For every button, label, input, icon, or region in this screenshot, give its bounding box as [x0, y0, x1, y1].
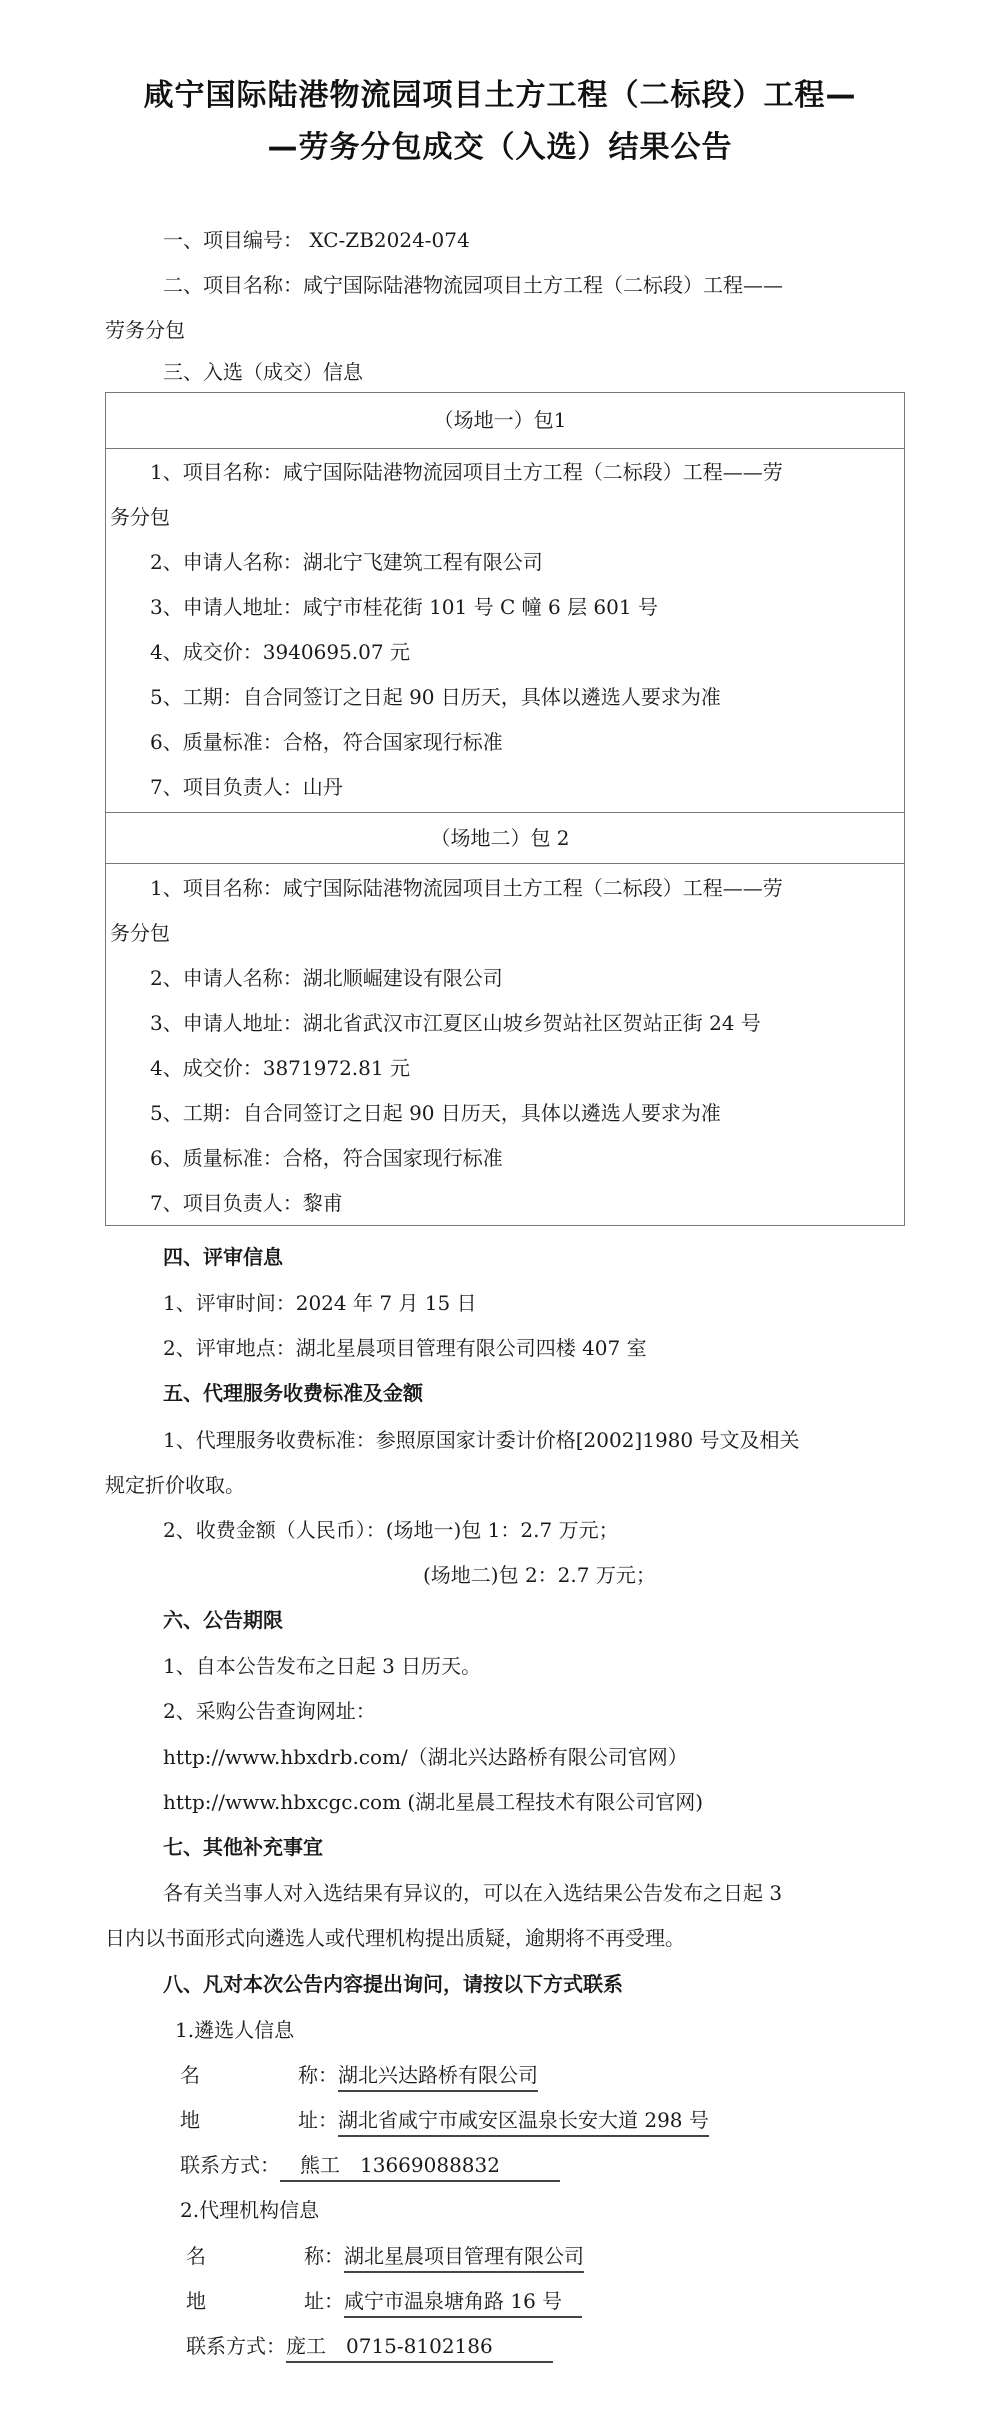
review-time: 1、评审时间：2024 年 7 月 15 日 — [163, 1289, 477, 1317]
package-1-item: 7、项目负责人：山丹 — [150, 773, 343, 801]
selector-address-row: 地址：湖北省咸宁市咸安区温泉长安大道 298 号 — [180, 2106, 709, 2137]
document-title-line-2: —劳务分包成交（入选）结果公告 — [0, 122, 1000, 166]
package-1-item: 6、质量标准：合格，符合国家现行标准 — [150, 728, 503, 756]
notice-period-heading: 六、公告期限 — [163, 1606, 283, 1634]
url-link[interactable]: http://www.hbxcgc.com — [163, 1790, 407, 1814]
notice-period: 1、自本公告发布之日起 3 日历天。 — [163, 1652, 481, 1680]
address-key: 地 — [180, 2106, 298, 2134]
url-note: (湖北星晨工程技术有限公司官网) — [407, 1790, 703, 1814]
document-title-line-1: 咸宁国际陆港物流园项目土方工程（二标段）工程— — [0, 70, 1000, 114]
package-2-item: 7、项目负责人：黎甫 — [150, 1189, 343, 1217]
name-key: 名 — [180, 2061, 298, 2089]
package-1-item: 1、项目名称：咸宁国际陆港物流园项目土方工程（二标段）工程——劳 — [150, 458, 783, 486]
fee-amount-package-2: (场地二)包 2：2.7 万元； — [423, 1561, 656, 1589]
project-name: 二、项目名称：咸宁国际陆港物流园项目土方工程（二标段）工程—— — [163, 271, 783, 299]
project-number-label: 一、项目编号： — [163, 228, 303, 252]
selector-contact: 熊工 13669088832 — [280, 2151, 560, 2182]
package-2-title: （场地二）包 2 — [0, 824, 1000, 852]
table-divider — [105, 863, 905, 864]
package-2-item-wrap: 务分包 — [110, 919, 170, 947]
package-2-item: 4、成交价：3871972.81 元 — [150, 1054, 410, 1082]
package-2-item: 6、质量标准：合格，符合国家现行标准 — [150, 1144, 503, 1172]
package-2-item: 2、申请人名称：湖北顺崛建设有限公司 — [150, 964, 503, 992]
selector-name-row: 名称：湖北兴达路桥有限公司 — [180, 2061, 538, 2092]
project-name-value: 咸宁国际陆港物流园项目土方工程（二标段）工程—— — [303, 273, 783, 297]
selector-contact-row: 联系方式： 熊工 13669088832 — [180, 2151, 560, 2182]
selection-info-heading: 三、入选（成交）信息 — [163, 358, 363, 386]
query-url-1: http://www.hbxdrb.com/（湖北兴达路桥有限公司官网） — [163, 1743, 688, 1771]
selector-address: 湖北省咸宁市咸安区温泉长安大道 298 号 — [338, 2106, 709, 2137]
table-divider — [105, 812, 905, 813]
project-name-wrap: 劳务分包 — [105, 316, 185, 344]
agency-name: 湖北星晨项目管理有限公司 — [344, 2242, 584, 2273]
package-1-item: 2、申请人名称：湖北宁飞建筑工程有限公司 — [150, 548, 543, 576]
agency-address: 咸宁市温泉塘角路 16 号 — [344, 2287, 582, 2318]
package-1-item: 4、成交价：3940695.07 元 — [150, 638, 410, 666]
selector-info-heading: 1.遴选人信息 — [175, 2016, 294, 2044]
project-number-value: XC-ZB2024-074 — [303, 228, 470, 252]
address-key-suffix: 址： — [304, 2287, 344, 2315]
contact-key: 联系方式： — [180, 2151, 280, 2179]
contact-heading: 八、凡对本次公告内容提出询问，请按以下方式联系 — [163, 1970, 623, 1998]
agency-name-row: 名称：湖北星晨项目管理有限公司 — [186, 2242, 584, 2273]
agency-contact: 庞工 0715-8102186 — [286, 2332, 553, 2363]
package-1-title: （场地一）包1 — [0, 406, 1000, 434]
name-key-suffix: 称： — [298, 2061, 338, 2089]
name-key: 名 — [186, 2242, 304, 2270]
review-place: 2、评审地点：湖北星晨项目管理有限公司四楼 407 室 — [163, 1334, 647, 1362]
project-number: 一、项目编号： XC-ZB2024-074 — [163, 226, 470, 254]
agency-info-heading: 2.代理机构信息 — [180, 2196, 319, 2224]
package-2-item: 3、申请人地址：湖北省武汉市江夏区山坡乡贺站社区贺站正街 24 号 — [150, 1009, 761, 1037]
package-1-item: 3、申请人地址：咸宁市桂花街 101 号 C 幢 6 层 601 号 — [150, 593, 658, 621]
review-info-heading: 四、评审信息 — [163, 1243, 283, 1271]
project-name-label: 二、项目名称： — [163, 273, 303, 297]
package-2-item: 1、项目名称：咸宁国际陆港物流园项目土方工程（二标段）工程——劳 — [150, 874, 783, 902]
other-matters-text-wrap: 日内以书面形式向遴选人或代理机构提出质疑，逾期将不再受理。 — [105, 1924, 685, 1952]
address-key-suffix: 址： — [298, 2106, 338, 2134]
fee-standard: 1、代理服务收费标准：参照原国家计委计价格[2002]1980 号文及相关 — [163, 1426, 799, 1454]
agency-contact-row: 联系方式：庞工 0715-8102186 — [186, 2332, 553, 2363]
other-matters-text: 各有关当事人对入选结果有异议的，可以在入选结果公告发布之日起 3 — [163, 1879, 782, 1907]
address-key: 地 — [186, 2287, 304, 2315]
fee-amount-package-1: 2、收费金额（人民币）：(场地一)包 1：2.7 万元； — [163, 1516, 619, 1544]
package-1-item-wrap: 务分包 — [110, 503, 170, 531]
other-matters-heading: 七、其他补充事宜 — [163, 1833, 323, 1861]
query-url-2: http://www.hbxcgc.com (湖北星晨工程技术有限公司官网) — [163, 1788, 703, 1816]
table-divider — [105, 448, 905, 449]
contact-key: 联系方式： — [186, 2332, 286, 2360]
url-link[interactable]: http://www.hbxdrb.com/ — [163, 1745, 408, 1769]
query-url-label: 2、采购公告查询网址： — [163, 1697, 376, 1725]
fee-standard-wrap: 规定折价收取。 — [105, 1471, 245, 1499]
package-1-item: 5、工期：自合同签订之日起 90 日历天，具体以遴选人要求为准 — [150, 683, 721, 711]
package-2-item: 5、工期：自合同签订之日起 90 日历天，具体以遴选人要求为准 — [150, 1099, 721, 1127]
url-note: （湖北兴达路桥有限公司官网） — [408, 1745, 688, 1769]
agency-address-row: 地址：咸宁市温泉塘角路 16 号 — [186, 2287, 582, 2318]
selector-name: 湖北兴达路桥有限公司 — [338, 2061, 538, 2092]
name-key-suffix: 称： — [304, 2242, 344, 2270]
agency-fee-heading: 五、代理服务收费标准及金额 — [163, 1379, 423, 1407]
